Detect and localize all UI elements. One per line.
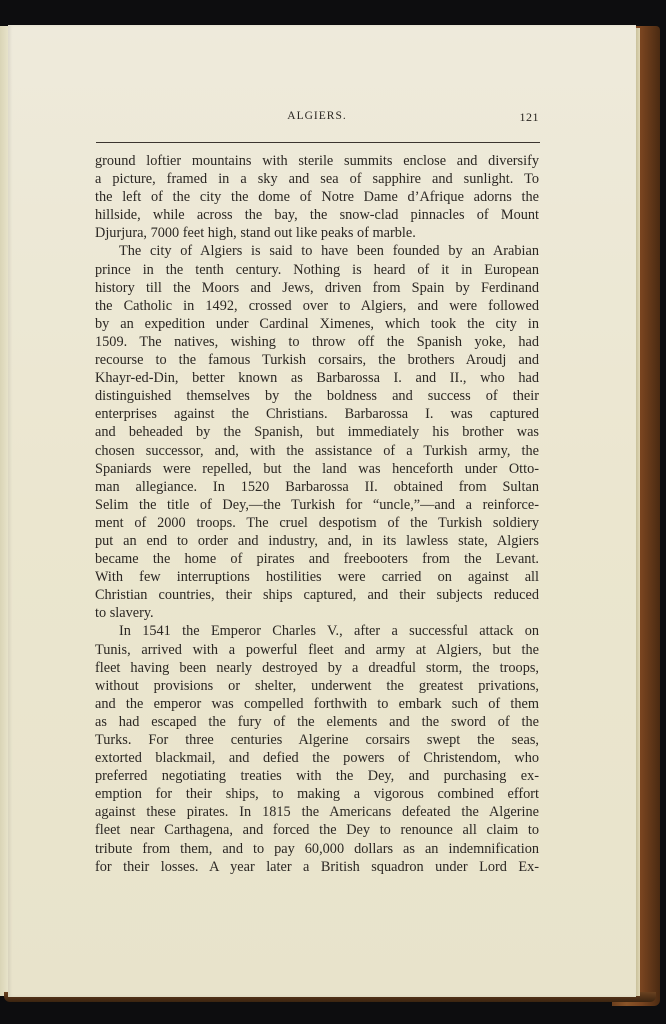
text-line: fleet having been nearly destroyed by a … [95,659,539,677]
text-line: 1509. The natives, wishing to throw off … [95,333,539,351]
text-line: hillside, while across the bay, the snow… [95,206,539,224]
text-line: a picture, framed in a sky and sea of sa… [95,170,539,188]
text-line: and the emperor was compelled forthwith … [95,695,539,713]
text-line: fleet near Carthagena, and forced the De… [95,821,539,839]
text-line: recourse to the famous Turkish corsairs,… [95,351,539,369]
text-line: prince in the tenth century. Nothing is … [95,261,539,279]
paragraph-first-line: The city of Algiers is said to have been… [95,242,539,260]
header-rule [96,142,540,143]
paragraph-first-line: In 1541 the Emperor Charles V., after a … [95,622,539,640]
running-head-title: ALGIERS. [95,110,539,122]
text-line: preferred negotiating treaties with the … [95,767,539,785]
text-line: Turks. For three centuries Algerine cors… [95,731,539,749]
text-line: by an expedition under Cardinal Ximenes,… [95,315,539,333]
text-line: put an end to order and industry, and, i… [95,532,539,550]
text-line: emption for their ships, to making a vig… [95,785,539,803]
text-line: Tunis, arrived with a powerful fleet and… [95,641,539,659]
text-line: man allegiance. In 1520 Barbarossa II. o… [95,478,539,496]
text-line: Spaniards were repelled, but the land wa… [95,460,539,478]
text-line: extorted blackmail, and defied the power… [95,749,539,767]
text-line: With few interruptions hostilities were … [95,568,539,586]
text-line: without provisions or shelter, underwent… [95,677,539,695]
text-line: Selim the title of Dey,—the Turkish for … [95,496,539,514]
text-line: Khayr-ed-Din, better known as Barbarossa… [95,369,539,387]
text-line: against these pirates. In 1815 the Ameri… [95,803,539,821]
text-line: ground loftier mountains with sterile su… [95,152,539,170]
text-line: Djurjura, 7000 feet high, stand out like… [95,224,539,242]
text-line: for their losses. A year later a British… [95,858,539,876]
text-line: ment of 2000 troops. The cruel despotism… [95,514,539,532]
text-line: Christian countries, their ships capture… [95,586,539,604]
running-head: ALGIERS. 121 [95,110,539,126]
text-line: and beheaded by the Spanish, but immedia… [95,423,539,441]
text-line: as had escaped the fury of the elements … [95,713,539,731]
text-line: the Catholic in 1492, crossed over to Al… [95,297,539,315]
text-line: enterprises against the Christians. Barb… [95,405,539,423]
body-text: ground loftier mountains with sterile su… [95,152,539,876]
text-line: chosen successor, and, with the assistan… [95,442,539,460]
text-line: distinguished themselves by the boldness… [95,387,539,405]
text-line: tribute from them, and to pay 60,000 dol… [95,840,539,858]
text-line: the left of the city the dome of Notre D… [95,188,539,206]
text-line: to slavery. [95,604,539,622]
page-number: 121 [520,110,540,125]
text-line: became the home of pirates and freeboote… [95,550,539,568]
text-line: history till the Moors and Jews, driven … [95,279,539,297]
